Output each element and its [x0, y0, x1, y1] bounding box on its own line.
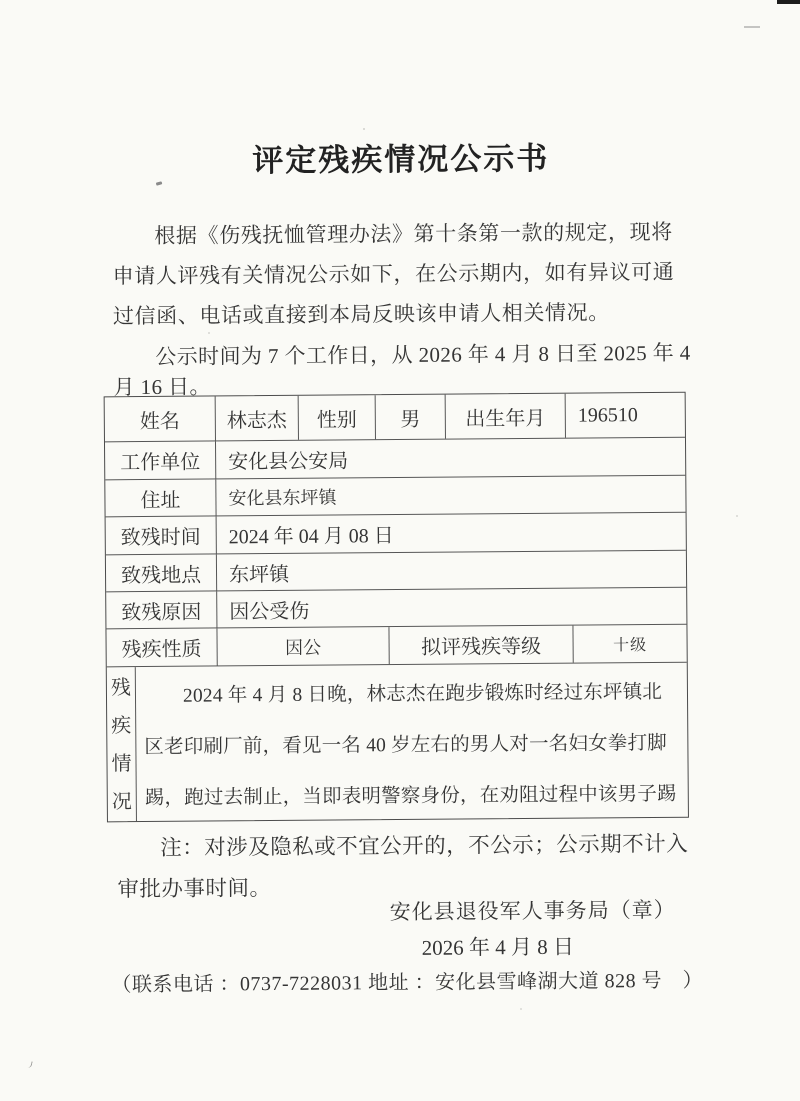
table-row-address: 住址 安化县东坪镇 [105, 475, 685, 517]
table-row-work-unit: 工作单位 安化县公安局 [105, 437, 685, 480]
document-title: 评定残疾情况公示书 [1, 131, 800, 182]
name-label: 姓名 [105, 396, 215, 441]
body-text: 根据《伤残抚恤管理办法》第十条第一款的规定，现将申请人评残有关情况公示如下，在公… [112, 212, 691, 403]
nature-value: 因公 [216, 627, 388, 665]
issuing-authority: 安化县退役军人事务局（章） [118, 894, 696, 929]
injury-date-value: 2024 年 04 月 08 日 [216, 513, 686, 554]
injury-place-value: 东坪镇 [216, 551, 686, 591]
nature-label: 残疾性质 [106, 628, 216, 666]
birth-value: 196510 [565, 393, 685, 438]
work-unit-label: 工作单位 [105, 441, 215, 479]
table-row-injury-place: 致残地点 东坪镇 [106, 550, 686, 592]
table-row-situation: 残疾情况 2024 年 4 月 8 日晚，林志杰在跑步锻炼时经过东坪镇北区老印刷… [107, 662, 688, 822]
contact-line: （联系电话 ：0737-7228031 地址 ：安化县雪峰湖大道 828 号 ） [108, 964, 706, 998]
address-label: 住址 [105, 479, 215, 516]
injury-date-label: 致残时间 [106, 516, 216, 554]
name-value: 林志杰 [215, 396, 298, 441]
table-row-injury-date: 致残时间 2024 年 04 月 08 日 [106, 512, 686, 555]
applicant-info-table: 姓名 林志杰 性别 男 出生年月 196510 工作单位 安化县公安局 住址 安… [104, 392, 689, 823]
situation-label: 残疾情况 [107, 667, 136, 821]
table-row-nature-grade: 残疾性质 因公 拟评残疾等级 十级 [106, 624, 686, 667]
gender-label: 性别 [298, 395, 375, 440]
grade-value: 十级 [572, 625, 686, 663]
intro-paragraph: 根据《伤残抚恤管理办法》第十条第一款的规定，现将申请人评残有关情况公示如下，在公… [112, 212, 691, 337]
situation-value: 2024 年 4 月 8 日晚，林志杰在跑步锻炼时经过东坪镇北区老印刷厂前，看见… [135, 663, 688, 821]
address-value: 安化县东坪镇 [215, 476, 685, 516]
issue-date: 2026 年 4 月 8 日 [118, 930, 696, 965]
scanned-document-page: 评定残疾情况公示书 根据《伤残抚恤管理办法》第十条第一款的规定，现将申请人评残有… [0, 0, 800, 1101]
gender-value: 男 [375, 395, 445, 440]
grade-label: 拟评残疾等级 [388, 626, 572, 664]
injury-cause-label: 致残原因 [106, 591, 216, 628]
table-row-injury-cause: 致残原因 因公受伤 [106, 587, 686, 629]
work-unit-value: 安化县公安局 [215, 438, 685, 479]
table-row-identity: 姓名 林志杰 性别 男 出生年月 196510 [105, 393, 685, 442]
injury-cause-value: 因公受伤 [216, 588, 686, 628]
birth-label: 出生年月 [445, 394, 565, 439]
injury-place-label: 致残地点 [106, 554, 216, 591]
